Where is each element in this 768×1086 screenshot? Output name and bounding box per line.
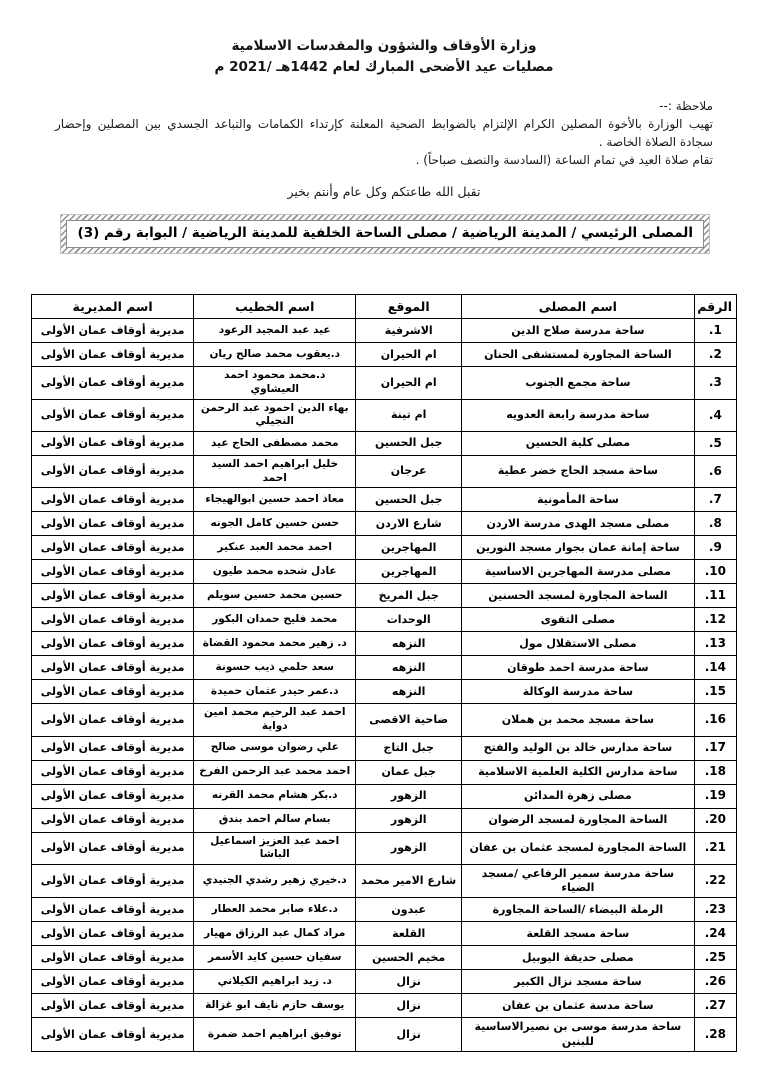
- cell-location: عرجان: [356, 455, 462, 487]
- cell-khatib-name: د. زهير محمد محمود القضاة: [194, 632, 356, 656]
- cell-location: نزال: [356, 994, 462, 1018]
- cell-mosque-name: ساحة مدرسة رابعة العدويه: [462, 399, 695, 431]
- cell-row-number: 5.: [694, 431, 736, 455]
- table-row: 26. ساحة مسجد نزال الكبير نزال د. زيد اب…: [32, 970, 737, 994]
- cell-row-number: 19.: [694, 784, 736, 808]
- ministry-title: وزارة الأوقاف والشؤون والمقدسات الاسلامي…: [0, 36, 768, 57]
- document-subtitle: مصليات عيد الأضحى المبارك لعام 1442هـ /2…: [0, 57, 768, 78]
- cell-row-number: 20.: [694, 808, 736, 832]
- column-header-number: الرقم: [694, 295, 736, 319]
- note-section: ملاحظة :-- تهيب الوزارة بالأخوة المصلين …: [55, 98, 713, 170]
- cell-khatib-name: حسن حسين كامل الجونه: [194, 512, 356, 536]
- cell-directorate: مديرية أوقاف عمان الأولى: [32, 656, 194, 680]
- table-row: 9. ساحة إمانة عمان بجوار مسجد النورين ال…: [32, 536, 737, 560]
- table-row: 27. ساحة مدسة عثمان بن عفان نزال يوسف حا…: [32, 994, 737, 1018]
- table-row: 12. مصلى التقوى الوحدات محمد فليح حمدان …: [32, 608, 737, 632]
- cell-location: نزال: [356, 970, 462, 994]
- column-header-location: الموقع: [356, 295, 462, 319]
- table-row: 1. ساحة مدرسة صلاح الدين الاشرفية عيد عب…: [32, 319, 737, 343]
- cell-location: الوحدات: [356, 608, 462, 632]
- table-row: 6. ساحة مسجد الحاج خضر عطية عرجان خليل ا…: [32, 455, 737, 487]
- cell-directorate: مديرية أوقاف عمان الأولى: [32, 367, 194, 399]
- cell-row-number: 27.: [694, 994, 736, 1018]
- cell-row-number: 25.: [694, 946, 736, 970]
- column-header-directorate-name: اسم المديرية: [32, 295, 194, 319]
- table-row: 15. ساحة مدرسة الوكالة النزهه د.عمر حيدر…: [32, 680, 737, 704]
- cell-directorate: مديرية أوقاف عمان الأولى: [32, 399, 194, 431]
- cell-row-number: 1.: [694, 319, 736, 343]
- table-row: 16. ساحة مسجد محمد بن هملان ضاحية الاقصى…: [32, 704, 737, 736]
- cell-mosque-name: الرملة البيضاء /الساحة المجاورة: [462, 898, 695, 922]
- cell-khatib-name: بسام سالم احمد بندق: [194, 808, 356, 832]
- cell-khatib-name: محمد فليح حمدان البكور: [194, 608, 356, 632]
- table-row: 5. مصلى كلية الحسين جبل الحسين محمد مصطف…: [32, 431, 737, 455]
- cell-khatib-name: احمد محمد العبد عنكير: [194, 536, 356, 560]
- main-venue-text: المصلى الرئيسي / المدينة الرياضية / مصلى…: [66, 220, 704, 248]
- cell-row-number: 17.: [694, 736, 736, 760]
- cell-mosque-name: مصلى كلية الحسين: [462, 431, 695, 455]
- document-header: وزارة الأوقاف والشؤون والمقدسات الاسلامي…: [0, 0, 768, 78]
- cell-khatib-name: يوسف حازم نايف ابو غزالة: [194, 994, 356, 1018]
- cell-location: شارع الاردن: [356, 512, 462, 536]
- cell-khatib-name: د.محمد محمود احمد العيشاوي: [194, 367, 356, 399]
- cell-location: النزهه: [356, 632, 462, 656]
- cell-directorate: مديرية أوقاف عمان الأولى: [32, 608, 194, 632]
- cell-khatib-name: علي رضوان موسى صالح: [194, 736, 356, 760]
- table-row: 22. ساحة مدرسة سمير الرفاعي /مسجد الضياء…: [32, 864, 737, 898]
- table-row: 2. الساحة المجاورة لمستشفى الحنان ام الح…: [32, 343, 737, 367]
- cell-directorate: مديرية أوقاف عمان الأولى: [32, 922, 194, 946]
- cell-directorate: مديرية أوقاف عمان الأولى: [32, 560, 194, 584]
- cell-row-number: 26.: [694, 970, 736, 994]
- cell-directorate: مديرية أوقاف عمان الأولى: [32, 704, 194, 736]
- cell-row-number: 21.: [694, 832, 736, 864]
- table-row: 28. ساحة مدرسة موسى بن نصيرالاساسية للبن…: [32, 1018, 737, 1052]
- cell-location: المهاجرين: [356, 536, 462, 560]
- cell-location: جبل المريخ: [356, 584, 462, 608]
- cell-location: الزهور: [356, 832, 462, 864]
- cell-directorate: مديرية أوقاف عمان الأولى: [32, 512, 194, 536]
- cell-directorate: مديرية أوقاف عمان الأولى: [32, 832, 194, 864]
- cell-directorate: مديرية أوقاف عمان الأولى: [32, 808, 194, 832]
- cell-location: ام تينة: [356, 399, 462, 431]
- note-prayer-time: تقام صلاة العيد في تمام الساعة (السادسة …: [55, 152, 713, 169]
- cell-khatib-name: حسين محمد حسين سويلم: [194, 584, 356, 608]
- table-row: 13. مصلى الاستقلال مول النزهه د. زهير مح…: [32, 632, 737, 656]
- cell-directorate: مديرية أوقاف عمان الأولى: [32, 455, 194, 487]
- cell-directorate: مديرية أوقاف عمان الأولى: [32, 736, 194, 760]
- cell-row-number: 12.: [694, 608, 736, 632]
- cell-mosque-name: ساحة مدارس الكلية العلمية الاسلامية: [462, 760, 695, 784]
- table-row: 24. ساحة مسجد القلعة القلعة مراد كمال عب…: [32, 922, 737, 946]
- cell-directorate: مديرية أوقاف عمان الأولى: [32, 319, 194, 343]
- cell-mosque-name: مصلى حديقة اليوبيل: [462, 946, 695, 970]
- cell-mosque-name: ساحة مدرسة صلاح الدين: [462, 319, 695, 343]
- table-body: 1. ساحة مدرسة صلاح الدين الاشرفية عيد عب…: [32, 319, 737, 1052]
- main-venue-banner: المصلى الرئيسي / المدينة الرياضية / مصلى…: [60, 214, 710, 254]
- cell-location: ضاحية الاقصى: [356, 704, 462, 736]
- table-row: 23. الرملة البيضاء /الساحة المجاورة عبدو…: [32, 898, 737, 922]
- cell-mosque-name: ساحة مدسة عثمان بن عفان: [462, 994, 695, 1018]
- cell-directorate: مديرية أوقاف عمان الأولى: [32, 760, 194, 784]
- cell-row-number: 14.: [694, 656, 736, 680]
- cell-location: جبل عمان: [356, 760, 462, 784]
- cell-mosque-name: الساحة المجاورة لمسجد الرضوان: [462, 808, 695, 832]
- cell-khatib-name: بهاء الدين احمود عبد الرحمن النجيلي: [194, 399, 356, 431]
- table-header-row: الرقم اسم المصلى الموقع اسم الخطيب اسم ا…: [32, 295, 737, 319]
- cell-mosque-name: مصلى زهرة المدائن: [462, 784, 695, 808]
- cell-row-number: 7.: [694, 488, 736, 512]
- cell-directorate: مديرية أوقاف عمان الأولى: [32, 970, 194, 994]
- cell-directorate: مديرية أوقاف عمان الأولى: [32, 680, 194, 704]
- table-row: 25. مصلى حديقة اليوبيل مخيم الحسين سفيان…: [32, 946, 737, 970]
- table-row: 10. مصلى مدرسة المهاجرين الاساسية المهاج…: [32, 560, 737, 584]
- cell-directorate: مديرية أوقاف عمان الأولى: [32, 584, 194, 608]
- cell-row-number: 8.: [694, 512, 736, 536]
- cell-location: جبل الحسين: [356, 488, 462, 512]
- cell-khatib-name: د.يعقوب محمد صالح ريان: [194, 343, 356, 367]
- cell-khatib-name: محمد مصطفى الحاج عيد: [194, 431, 356, 455]
- cell-directorate: مديرية أوقاف عمان الأولى: [32, 431, 194, 455]
- cell-location: النزهه: [356, 680, 462, 704]
- cell-location: الاشرفية: [356, 319, 462, 343]
- cell-mosque-name: ساحة مدرسة سمير الرفاعي /مسجد الضياء: [462, 864, 695, 898]
- cell-mosque-name: ساحة مدرسة الوكالة: [462, 680, 695, 704]
- table-row: 14. ساحة مدرسة احمد طوقان النزهه سعد حلم…: [32, 656, 737, 680]
- cell-row-number: 2.: [694, 343, 736, 367]
- cell-khatib-name: د.خيري زهير رشدي الجنيدي: [194, 864, 356, 898]
- cell-location: النزهه: [356, 656, 462, 680]
- table-row: 21. الساحة المجاورة لمسجد عثمان بن عفان …: [32, 832, 737, 864]
- note-label: ملاحظة :--: [55, 98, 713, 115]
- cell-directorate: مديرية أوقاف عمان الأولى: [32, 1018, 194, 1052]
- table-row: 20. الساحة المجاورة لمسجد الرضوان الزهور…: [32, 808, 737, 832]
- cell-directorate: مديرية أوقاف عمان الأولى: [32, 488, 194, 512]
- cell-row-number: 11.: [694, 584, 736, 608]
- cell-row-number: 4.: [694, 399, 736, 431]
- cell-location: المهاجرين: [356, 560, 462, 584]
- cell-khatib-name: د. زيد ابراهيم الكيلاني: [194, 970, 356, 994]
- cell-row-number: 18.: [694, 760, 736, 784]
- cell-location: جبل الحسين: [356, 431, 462, 455]
- table-row: 19. مصلى زهرة المدائن الزهور د.بكر هشام …: [32, 784, 737, 808]
- cell-khatib-name: د.بكر هشام محمد القرنه: [194, 784, 356, 808]
- table-row: 4. ساحة مدرسة رابعة العدويه ام تينة بهاء…: [32, 399, 737, 431]
- prayer-locations-table: الرقم اسم المصلى الموقع اسم الخطيب اسم ا…: [31, 294, 737, 1052]
- cell-khatib-name: سفيان حسين كايد الأسمر: [194, 946, 356, 970]
- cell-khatib-name: خليل ابراهيم احمد السيد احمد: [194, 455, 356, 487]
- cell-location: ام الحيران: [356, 343, 462, 367]
- cell-mosque-name: مصلى مدرسة المهاجرين الاساسية: [462, 560, 695, 584]
- cell-khatib-name: د.عمر حيدر عثمان حميدة: [194, 680, 356, 704]
- cell-location: شارع الامير محمد: [356, 864, 462, 898]
- cell-mosque-name: الساحة المجاورة لمسجد عثمان بن عفان: [462, 832, 695, 864]
- cell-row-number: 22.: [694, 864, 736, 898]
- cell-row-number: 10.: [694, 560, 736, 584]
- cell-khatib-name: سعد حلمي ذيب حسونة: [194, 656, 356, 680]
- table-row: 8. مصلى مسجد الهدى مدرسة الاردن شارع الا…: [32, 512, 737, 536]
- cell-khatib-name: توفيق ابراهيم احمد ضمرة: [194, 1018, 356, 1052]
- cell-row-number: 13.: [694, 632, 736, 656]
- cell-directorate: مديرية أوقاف عمان الأولى: [32, 864, 194, 898]
- cell-row-number: 9.: [694, 536, 736, 560]
- column-header-khatib-name: اسم الخطيب: [194, 295, 356, 319]
- cell-row-number: 23.: [694, 898, 736, 922]
- cell-directorate: مديرية أوقاف عمان الأولى: [32, 946, 194, 970]
- cell-location: مخيم الحسين: [356, 946, 462, 970]
- table-row: 17. ساحة مدارس خالد بن الوليد والفتح جبل…: [32, 736, 737, 760]
- cell-mosque-name: ساحة مسجد محمد بن هملان: [462, 704, 695, 736]
- cell-khatib-name: معاذ احمد حسين ابوالهيجاء: [194, 488, 356, 512]
- cell-mosque-name: ساحة مسجد الحاج خضر عطية: [462, 455, 695, 487]
- cell-mosque-name: ساحة المأمونية: [462, 488, 695, 512]
- cell-location: القلعة: [356, 922, 462, 946]
- cell-mosque-name: ساحة مدارس خالد بن الوليد والفتح: [462, 736, 695, 760]
- cell-directorate: مديرية أوقاف عمان الأولى: [32, 536, 194, 560]
- cell-mosque-name: ساحة مجمع الجنوب: [462, 367, 695, 399]
- table-row: 3. ساحة مجمع الجنوب ام الحيران د.محمد مح…: [32, 367, 737, 399]
- cell-mosque-name: ساحة مسجد القلعة: [462, 922, 695, 946]
- cell-directorate: مديرية أوقاف عمان الأولى: [32, 784, 194, 808]
- column-header-mosque-name: اسم المصلى: [462, 295, 695, 319]
- cell-mosque-name: مصلى مسجد الهدى مدرسة الاردن: [462, 512, 695, 536]
- table-row: 11. الساحة المجاورة لمسجد الحسنين جبل ال…: [32, 584, 737, 608]
- cell-row-number: 6.: [694, 455, 736, 487]
- cell-mosque-name: مصلى الاستقلال مول: [462, 632, 695, 656]
- cell-khatib-name: احمد محمد عبد الرحمن الفرخ: [194, 760, 356, 784]
- cell-directorate: مديرية أوقاف عمان الأولى: [32, 994, 194, 1018]
- table-row: 18. ساحة مدارس الكلية العلمية الاسلامية …: [32, 760, 737, 784]
- cell-mosque-name: الساحة المجاورة لمسجد الحسنين: [462, 584, 695, 608]
- cell-mosque-name: الساحة المجاورة لمستشفى الحنان: [462, 343, 695, 367]
- cell-khatib-name: مراد كمال عبد الرزاق مهيار: [194, 922, 356, 946]
- cell-location: الزهور: [356, 808, 462, 832]
- document-page: وزارة الأوقاف والشؤون والمقدسات الاسلامي…: [0, 0, 768, 1086]
- cell-directorate: مديرية أوقاف عمان الأولى: [32, 898, 194, 922]
- cell-location: الزهور: [356, 784, 462, 808]
- cell-location: نزال: [356, 1018, 462, 1052]
- blessing-line: تقبل الله طاعتكم وكل عام وأنتم بخير: [0, 184, 768, 199]
- cell-directorate: مديرية أوقاف عمان الأولى: [32, 343, 194, 367]
- cell-directorate: مديرية أوقاف عمان الأولى: [32, 632, 194, 656]
- cell-khatib-name: د.علاء صابر محمد العطار: [194, 898, 356, 922]
- cell-mosque-name: مصلى التقوى: [462, 608, 695, 632]
- cell-mosque-name: ساحة إمانة عمان بجوار مسجد النورين: [462, 536, 695, 560]
- cell-khatib-name: عادل شحده محمد طيون: [194, 560, 356, 584]
- cell-khatib-name: احمد عبد الرحيم محمد امين دواية: [194, 704, 356, 736]
- cell-khatib-name: احمد عبد العزيز اسماعيل الباشا: [194, 832, 356, 864]
- cell-location: عبدون: [356, 898, 462, 922]
- cell-khatib-name: عيد عبد المجيد الرعود: [194, 319, 356, 343]
- cell-mosque-name: ساحة مدرسة احمد طوقان: [462, 656, 695, 680]
- table-row: 7. ساحة المأمونية جبل الحسين معاذ احمد ح…: [32, 488, 737, 512]
- cell-row-number: 3.: [694, 367, 736, 399]
- cell-mosque-name: ساحة مسجد نزال الكبير: [462, 970, 695, 994]
- cell-mosque-name: ساحة مدرسة موسى بن نصيرالاساسية للبنين: [462, 1018, 695, 1052]
- cell-row-number: 24.: [694, 922, 736, 946]
- cell-location: ام الحيران: [356, 367, 462, 399]
- cell-row-number: 15.: [694, 680, 736, 704]
- note-health-guidelines: تهيب الوزارة بالأخوة المصلين الكرام الإل…: [55, 116, 713, 151]
- cell-location: جبل التاج: [356, 736, 462, 760]
- cell-row-number: 28.: [694, 1018, 736, 1052]
- cell-row-number: 16.: [694, 704, 736, 736]
